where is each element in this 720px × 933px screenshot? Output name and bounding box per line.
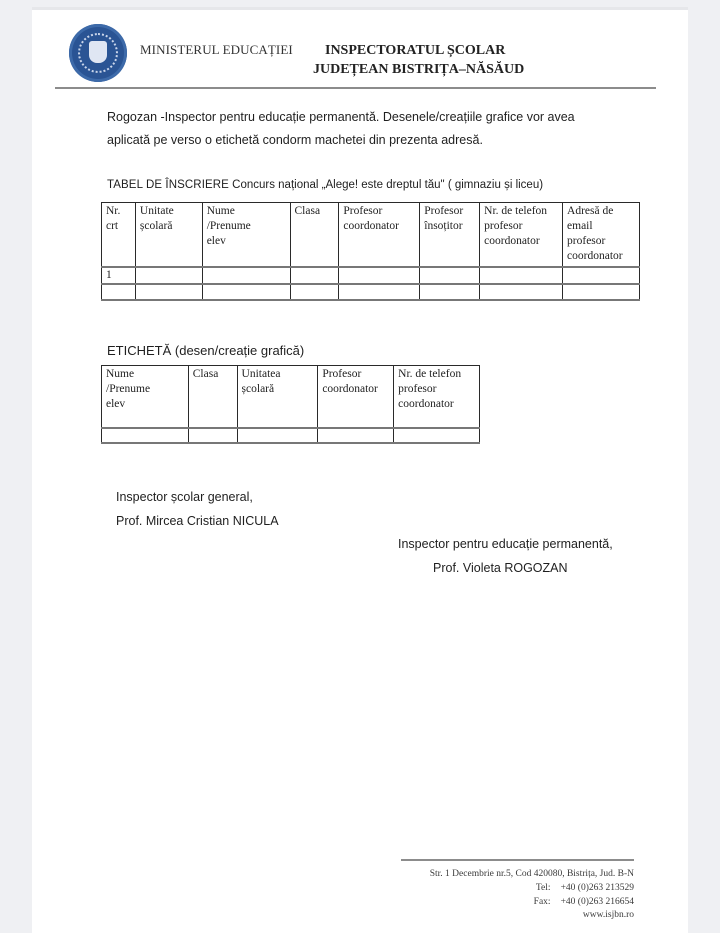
table-cell[interactable] [563,284,640,300]
eagle-emblem-icon [89,41,107,63]
tel-value: +40 (0)263 213529 [561,883,634,893]
header-telefon: Nr. de telefon profesor coordonator [480,203,563,268]
table-cell[interactable] [480,267,563,284]
fax-value: +40 (0)263 216654 [561,897,634,907]
header-email: Adresă de email profesor coordonator [563,203,640,268]
table-cell[interactable] [420,284,480,300]
header-profesor-insotitor: Profesor însoțitor [420,203,480,268]
table-cell[interactable] [135,284,202,300]
header-nr-crt: Nr. crt [102,203,136,268]
footer-tel: Tel:+40 (0)263 213529 [374,883,634,893]
registration-header-row: Nr. crt Unitate școlară Nume /Prenume el… [102,203,640,268]
header-clasa: Clasa [290,203,339,268]
general-inspector-title: Inspector școlar general, [116,490,253,504]
header-profesor-coordonator: Profesor coordonator [318,366,394,428]
footer-website[interactable]: www.isjbn.ro [374,910,634,920]
table-row [102,428,480,443]
header-clasa: Clasa [188,366,237,428]
permanent-education-inspector-name: Prof. Violeta ROGOZAN [433,561,568,575]
header-telefon: Nr. de telefon profesor coordonator [394,366,480,428]
table-cell[interactable] [339,284,420,300]
table-cell[interactable] [394,428,480,443]
table-row [102,284,640,300]
table-cell[interactable]: 1 [102,267,136,284]
government-seal-icon [69,24,127,82]
table-cell[interactable] [202,284,290,300]
table-cell[interactable] [290,267,339,284]
header-nume-prenume: Nume /Prenume elev [102,366,189,428]
inspectorate-line-2: JUDEȚEAN BISTRIȚA–NĂSĂUD [313,60,524,79]
table-cell[interactable] [290,284,339,300]
footer-fax: Fax:+40 (0)263 216654 [374,897,634,907]
table-row: 1 [102,267,640,284]
inspectorate-line-1: INSPECTORATUL ȘCOLAR [313,41,524,60]
table-cell[interactable] [339,267,420,284]
intro-line-2: aplicată pe verso o etichetă condorm mac… [107,129,627,152]
tel-label: Tel: [536,883,551,893]
table-cell[interactable] [135,267,202,284]
footer-address: Str. 1 Decembrie nr.5, Cod 420080, Bistr… [374,869,634,879]
registration-title-caps: TABEL DE ÎNSCRIERE [107,179,229,191]
footer-divider [401,859,634,861]
label-header-row: Nume /Prenume elev Clasa Unitatea școlar… [102,366,480,428]
fax-label: Fax: [534,897,551,907]
table-cell[interactable] [188,428,237,443]
header-unitatea-scolara: Unitatea școlară [237,366,318,428]
header-nume-prenume: Nume /Prenume elev [202,203,290,268]
registration-table-title: TABEL DE ÎNSCRIERE Concurs național „Ale… [107,179,543,191]
table-cell[interactable] [237,428,318,443]
header-divider [55,87,656,89]
general-inspector-name: Prof. Mircea Cristian NICULA [116,514,279,528]
table-cell[interactable] [480,284,563,300]
intro-paragraph: Rogozan -Inspector pentru educație perma… [107,106,627,152]
label-table-title: ETICHETĂ (desen/creație grafică) [107,343,304,358]
registration-title-rest: Concurs național „Alege! este dreptul tă… [229,179,543,191]
table-cell[interactable] [102,284,136,300]
table-cell[interactable] [318,428,394,443]
intro-line-1: Rogozan -Inspector pentru educație perma… [107,106,627,129]
registration-table: Nr. crt Unitate școlară Nume /Prenume el… [101,202,640,301]
table-cell[interactable] [102,428,189,443]
header-profesor-coordonator: Profesor coordonator [339,203,420,268]
inspectorate-name: INSPECTORATUL ȘCOLAR JUDEȚEAN BISTRIȚA–N… [313,41,524,79]
table-cell[interactable] [202,267,290,284]
label-table: Nume /Prenume elev Clasa Unitatea școlar… [101,365,480,444]
table-cell[interactable] [563,267,640,284]
permanent-education-inspector-title: Inspector pentru educație permanentă, [398,537,613,551]
ministry-name: MINISTERUL EDUCAȚIEI [140,42,293,58]
table-cell[interactable] [420,267,480,284]
header-unitate-scolara: Unitate școlară [135,203,202,268]
